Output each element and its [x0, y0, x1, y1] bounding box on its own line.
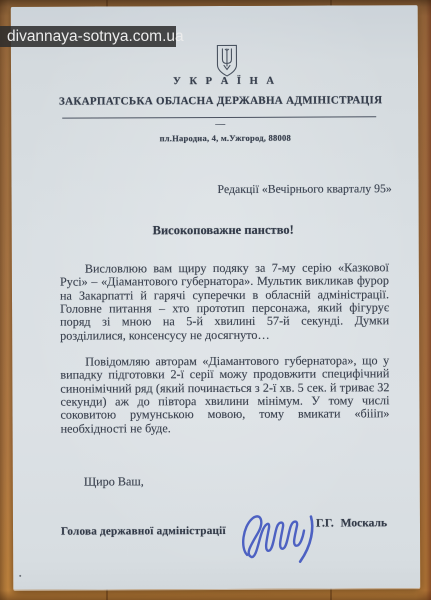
organization-name: ЗАКАРПАТСЬКА ОБЛАСНА ДЕРЖАВНА АДМІНІСТРА… — [11, 94, 418, 108]
recipient-line: Редакції «Вечірнього кварталу 95» — [217, 181, 407, 197]
letter-paragraph-2: Повідомляю авторам «Діамантового губерна… — [60, 354, 389, 435]
country-name: У К Р А Ї Н А — [11, 75, 418, 88]
photo-of-letter-on-wooden-table: У К Р А Ї Н А ЗАКАРПАТСЬКА ОБЛАСНА ДЕРЖА… — [0, 0, 431, 600]
letter-document: У К Р А Ї Н А ЗАКАРПАТСЬКА ОБЛАСНА ДЕРЖА… — [11, 5, 421, 590]
signature-scribble-icon — [237, 501, 325, 567]
letter-paragraph-1: Висловлюю вам щиру подяку за 7-му серію … — [60, 261, 389, 342]
signer-title: Голова державної адміністрації — [61, 525, 226, 538]
site-watermark-text: divannaya-sotnya.com.ua — [7, 28, 184, 45]
letterhead-separator-dash: — — [11, 118, 418, 131]
paper-speck — [19, 575, 21, 577]
letterhead-address: пл.Народна, 4, м.Ужгород, 88008 — [11, 132, 418, 144]
salutation: Високоповажне панство! — [12, 222, 419, 239]
site-watermark: divannaya-sotnya.com.ua — [0, 26, 176, 47]
signer-name: Г.Г. Москаль — [316, 517, 387, 529]
ukraine-trident-emblem-icon — [215, 44, 239, 78]
closing-line: Щиро Ваш, — [84, 474, 144, 489]
